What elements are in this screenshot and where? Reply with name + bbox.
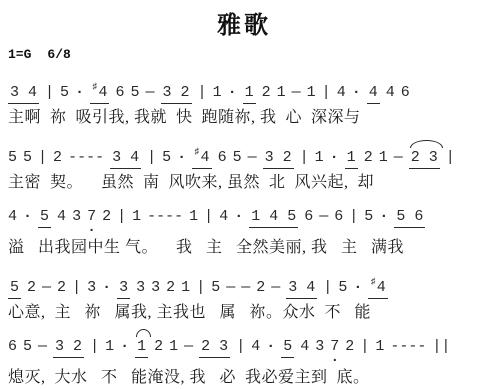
note: 2 [262, 84, 271, 102]
lyrics-line: 主密 契。 虽然 南 风吹来, 虽然 北 风兴起, 却 [8, 169, 488, 192]
augmentation-dot: · [330, 149, 339, 167]
note: 3 2 [53, 338, 84, 358]
note: 4 [8, 208, 17, 226]
note: 3 2 [161, 84, 192, 104]
note: 4 [337, 84, 346, 102]
note: 5 [23, 338, 32, 356]
note: 6 [115, 84, 124, 102]
note-with-tie: 2 3 [409, 149, 440, 169]
sharp-icon: ♯ [370, 277, 375, 287]
note: 3 4 [286, 279, 317, 299]
note: 2 [154, 338, 163, 356]
note: 1 [132, 208, 141, 226]
note: 1 [315, 149, 324, 167]
note: 3 [315, 338, 324, 356]
barline: | [236, 338, 245, 356]
note: 1 [181, 279, 190, 297]
duration-dash: — [241, 279, 250, 297]
note-with-tie: 1 [135, 338, 148, 358]
barline: | [204, 208, 213, 226]
barline: | [198, 84, 207, 102]
barline: | [38, 149, 47, 167]
barline: | [446, 149, 455, 167]
barline: | [147, 149, 156, 167]
lyrics-line: 熄灭, 大水 不 能淹没, 我 必 我必爱主到 底。 [8, 364, 488, 387]
key-time-signature: 1=G6/8 [8, 47, 488, 62]
note: 2 [166, 279, 175, 297]
note: 3 [72, 208, 81, 226]
barline: | [90, 338, 99, 356]
notation-line: 52—2|3·33321|5——2—3 4|5·♯4 [8, 273, 488, 295]
barline: | [117, 208, 126, 226]
notation-line: 55|2----3 4|5·♯465—3 2|1·121—2 3| [8, 143, 488, 165]
key-signature: 1=G [8, 47, 31, 62]
duration-dash: — [394, 149, 403, 167]
duration-dash: ---- [147, 208, 183, 226]
music-system: 4·54372|1----1|4·1 4 56—6|5·5 6溢 出我园中生 气… [8, 208, 488, 257]
note: 4 [251, 338, 260, 356]
augmentation-dot: · [120, 338, 129, 356]
note: 1 [169, 338, 178, 356]
note: ♯4 [90, 78, 109, 104]
note: 2 [364, 149, 373, 167]
duration-dash: — [146, 84, 155, 102]
notation-line: 4·54372|1----1|4·1 4 56—6|5·5 6 [8, 208, 488, 230]
duration-dash: — [184, 338, 193, 356]
systems: 3 4|5·♯465—3 2|1·121—1|4·446主啊 祢 吸引我, 我就… [0, 78, 488, 387]
note: 6 [401, 84, 410, 102]
augmentation-dot: · [353, 279, 362, 297]
duration-dash: — [292, 84, 301, 102]
note: 3 [136, 279, 145, 297]
note: 1 [379, 149, 388, 167]
lyrics-line: 溢 出我园中生 气。 我 主 全然美丽, 我 主 满我 [8, 234, 488, 257]
barline: | [45, 84, 54, 102]
note: 1 [105, 338, 114, 356]
final-barline: || [432, 338, 450, 356]
note: 6 [304, 208, 313, 226]
augmentation-dot: · [234, 208, 243, 226]
note: 5 [60, 84, 69, 102]
note: 5 [211, 279, 220, 297]
note: 6 [218, 149, 227, 167]
notation-line: 65—3 2|1·121—2 3|4·54372|1----|| [8, 338, 488, 360]
note: 5 [233, 149, 242, 167]
note: 4 [367, 84, 380, 104]
note: 6 [334, 208, 343, 226]
note: 3 4 [8, 84, 39, 104]
augmentation-dot: · [102, 279, 111, 297]
barline: | [300, 149, 309, 167]
augmentation-dot: · [23, 208, 32, 226]
note: 3 4 [110, 149, 141, 169]
note: 2 [345, 338, 354, 356]
time-signature: 6/8 [47, 47, 70, 62]
note: 5 [38, 208, 51, 228]
notation-line: 3 4|5·♯465—3 2|1·121—1|4·446 [8, 78, 488, 100]
sharp-icon: ♯ [92, 82, 97, 92]
note: 5 6 [394, 208, 425, 228]
note: 1 [189, 208, 198, 226]
note: 1 4 5 [249, 208, 298, 228]
note: 5 [338, 279, 347, 297]
duration-dash: — [248, 149, 257, 167]
barline: | [349, 208, 358, 226]
music-system: 65—3 2|1·121—2 3|4·54372|1----||熄灭, 大水 不… [8, 338, 488, 387]
duration-dash: — [42, 279, 51, 297]
note-low-octave: 7 [87, 208, 96, 226]
note: 2 [256, 279, 265, 297]
augmentation-dot: · [266, 338, 275, 356]
augmentation-dot: · [228, 84, 237, 102]
note: 3 [117, 279, 130, 299]
note: 3 [87, 279, 96, 297]
note: 6 [8, 338, 17, 356]
note: 2 [102, 208, 111, 226]
note: 3 2 [263, 149, 294, 169]
note: 5 [162, 149, 171, 167]
note: 2 [53, 149, 62, 167]
note-low-octave: 7 [330, 338, 339, 356]
note: 4 [300, 338, 309, 356]
note: 1 [243, 84, 256, 104]
note: 1 [307, 84, 316, 102]
augmentation-dot: · [177, 149, 186, 167]
duration-dash: ---- [390, 338, 426, 356]
note: 1 [277, 84, 286, 102]
note: 2 3 [199, 338, 230, 358]
duration-dash: ---- [68, 149, 104, 167]
note: ♯4 [368, 273, 387, 299]
lyrics-line: 心意, 主 祢 属我, 主我也 属 祢。众水 不 能 [8, 299, 488, 322]
note: 4 [57, 208, 66, 226]
music-system: 52—2|3·33321|5——2—3 4|5·♯4心意, 主 祢 属我, 主我… [8, 273, 488, 322]
barline: | [196, 279, 205, 297]
duration-dash: — [319, 208, 328, 226]
note: 5 [23, 149, 32, 167]
music-system: 55|2----3 4|5·♯465—3 2|1·121—2 3|主密 契。 虽… [8, 143, 488, 192]
note: ♯4 [192, 143, 211, 169]
duration-dash: — [271, 279, 280, 297]
note: 5 [8, 149, 17, 167]
note: 5 [364, 208, 373, 226]
augmentation-dot: · [379, 208, 388, 226]
note: 5 [131, 84, 140, 102]
sharp-icon: ♯ [194, 147, 199, 157]
music-system: 3 4|5·♯465—3 2|1·121—1|4·446主啊 祢 吸引我, 我就… [8, 78, 488, 127]
page-title: 雅歌 [0, 0, 488, 40]
note: 1 [345, 149, 358, 169]
augmentation-dot: · [75, 84, 84, 102]
note: 2 [57, 279, 66, 297]
note: 5 [8, 279, 21, 299]
music-sheet: 雅歌 1=G6/8 3 4|5·♯465—3 2|1·121—1|4·446主啊… [0, 0, 488, 389]
note: 3 [151, 279, 160, 297]
barline: | [323, 279, 332, 297]
duration-dash: — [226, 279, 235, 297]
barline: | [360, 338, 369, 356]
duration-dash: — [38, 338, 47, 356]
note: 4 [219, 208, 228, 226]
note: 1 [375, 338, 384, 356]
note: 2 [27, 279, 36, 297]
note: 5 [281, 338, 294, 358]
lyrics-line: 主啊 祢 吸引我, 我就 快 跑随祢, 我 心 深深与 [8, 104, 488, 127]
note: 1 [213, 84, 222, 102]
barline: | [322, 84, 331, 102]
note: 4 [386, 84, 395, 102]
augmentation-dot: · [352, 84, 361, 102]
barline: | [72, 279, 81, 297]
